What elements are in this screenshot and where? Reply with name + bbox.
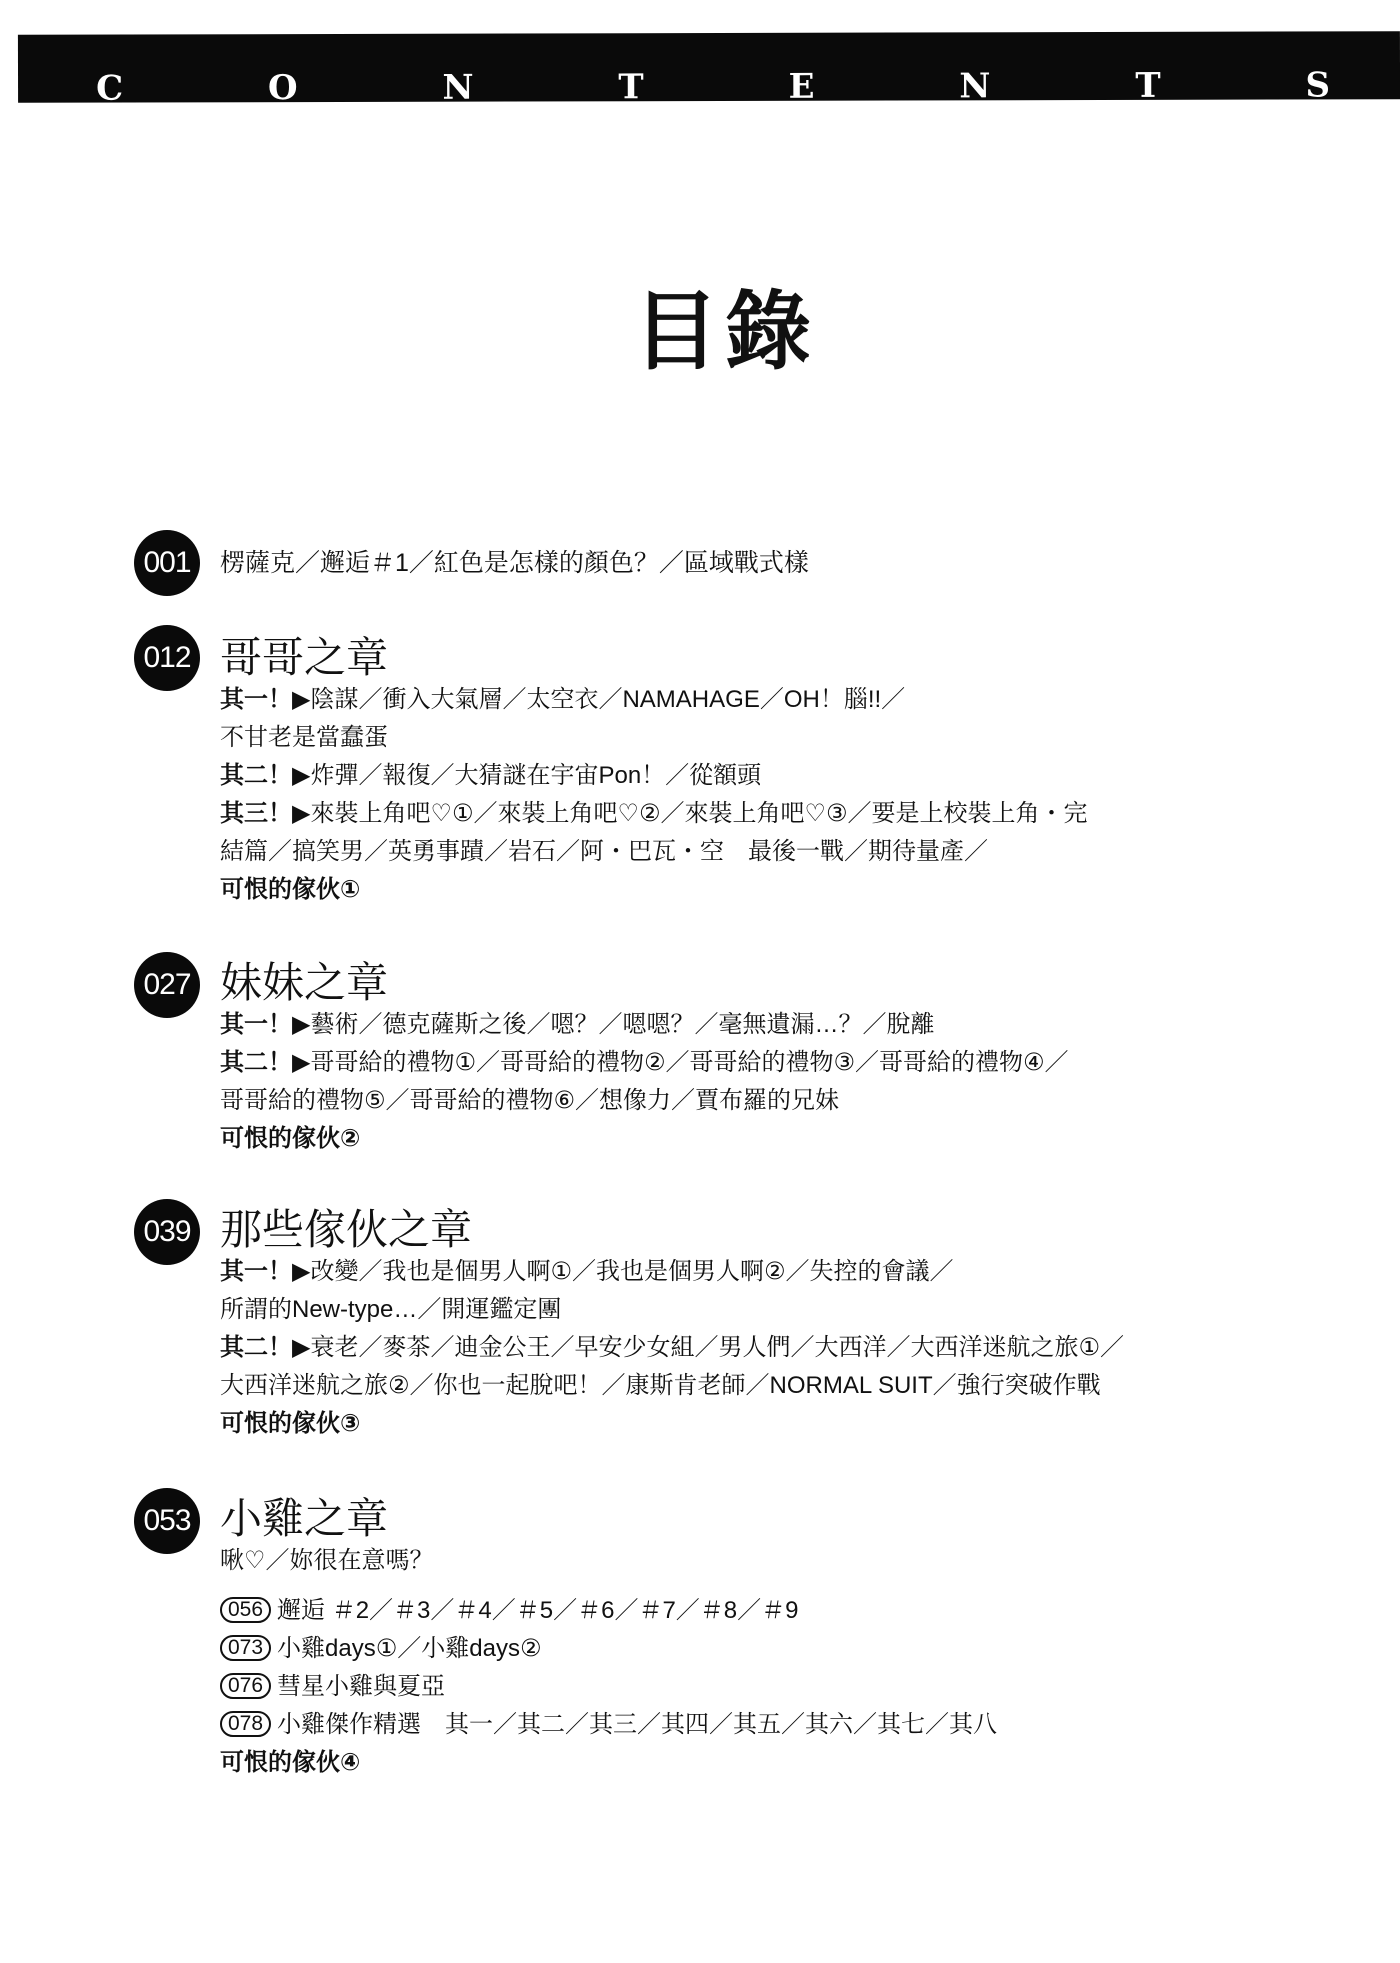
chapter-title: 妹妹之章: [220, 958, 388, 1008]
page-badge: 001: [134, 530, 200, 596]
entry-line: 不甘老是當蠢蛋: [220, 723, 388, 753]
banner-letter: N: [442, 68, 473, 108]
chapter-title: 哥哥之章: [220, 633, 388, 683]
entry-line: 啾♡／妳很在意嗎？: [220, 1546, 434, 1576]
page-badge: 012: [134, 625, 200, 691]
line-text: 彗星小雞與夏亞: [277, 1673, 445, 1700]
part-prefix: 其一！▶: [220, 1011, 310, 1038]
entry-line: 其一！▶藝術／德克薩斯之後／嗯？／嗯嗯？／毫無遺漏…？／脫離: [220, 1010, 934, 1040]
line-text: 炸彈／報復／大猜謎在宇宙Pon！／從額頭: [310, 762, 761, 789]
line-text: 改變／我也是個男人啊①／我也是個男人啊②／失控的會議／: [310, 1258, 953, 1285]
chapter-title: 小雞之章: [220, 1494, 388, 1544]
line-text: 哥哥給的禮物①／哥哥給的禮物②／哥哥給的禮物③／哥哥給的禮物④／: [310, 1049, 1068, 1076]
entry-line: 楞薩克／邂逅＃1／紅色是怎樣的顏色？／區域戰式樣: [220, 548, 809, 578]
entry-line-bold: 可恨的傢伙②: [220, 1124, 360, 1154]
line-text: 小雞days①／小雞days②: [277, 1635, 541, 1662]
entry-line: 所謂的New-type…／開運鑑定團: [220, 1295, 561, 1325]
page-badge: 027: [134, 952, 200, 1018]
part-prefix: 其二！▶: [220, 1049, 310, 1076]
part-prefix: 其三！▶: [220, 800, 310, 827]
part-prefix: 其二！▶: [220, 1334, 310, 1361]
banner-letter: C: [96, 69, 123, 109]
banner-letter: T: [1135, 66, 1160, 106]
line-text: 藝術／德克薩斯之後／嗯？／嗯嗯？／毫無遺漏…？／脫離: [310, 1011, 934, 1038]
banner-letter: E: [789, 67, 815, 107]
sub-entry-056: 056邂逅 ＃2／＃3／＃4／＃5／＃6／＃7／＃8／＃9: [220, 1596, 799, 1626]
banner-letter: T: [618, 67, 643, 107]
sub-entry-078: 078小雞傑作精選 其一／其二／其三／其四／其五／其六／其七／其八: [220, 1710, 997, 1740]
page-title: 目錄: [600, 282, 850, 382]
part-prefix: 其一！▶: [220, 1258, 310, 1285]
sub-entry-073: 073小雞days①／小雞days②: [220, 1634, 541, 1664]
entry-line: 其一！▶改變／我也是個男人啊①／我也是個男人啊②／失控的會議／: [220, 1257, 954, 1287]
entry-line: 其二！▶衰老／麥茶／迪金公王／早安少女組／男人們／大西洋／大西洋迷航之旅①／: [220, 1333, 1124, 1363]
entry-line: 其二！▶哥哥給的禮物①／哥哥給的禮物②／哥哥給的禮物③／哥哥給的禮物④／: [220, 1048, 1069, 1078]
entry-line: 其一！▶陰謀／衝入大氣層／太空衣／NAMAHAGE／OH！腦!!／: [220, 685, 905, 715]
page-badge: 053: [134, 1488, 200, 1554]
page-badge: 039: [134, 1199, 200, 1265]
line-text: 邂逅 ＃2／＃3／＃4／＃5／＃6／＃7／＃8／＃9: [277, 1597, 798, 1624]
banner-letter: S: [1305, 65, 1330, 105]
page-pill: 076: [220, 1673, 271, 1699]
part-prefix: 其一！▶: [220, 686, 310, 713]
chapter-title: 那些傢伙之章: [220, 1205, 472, 1255]
entry-line-bold: 可恨的傢伙④: [220, 1748, 360, 1778]
part-prefix: 其二！▶: [220, 762, 310, 789]
entry-line-bold: 可恨的傢伙③: [220, 1409, 360, 1439]
banner-letter: O: [268, 68, 298, 108]
entry-line: 其三！▶來裝上角吧♡①／來裝上角吧♡②／來裝上角吧♡③／要是上校裝上角・完: [220, 799, 1088, 829]
page-pill: 073: [220, 1635, 271, 1661]
entry-line: 其二！▶炸彈／報復／大猜謎在宇宙Pon！／從額頭: [220, 761, 761, 791]
page-pill: 078: [220, 1711, 271, 1737]
line-text: 衰老／麥茶／迪金公王／早安少女組／男人們／大西洋／大西洋迷航之旅①／: [310, 1334, 1124, 1361]
entry-line: 結篇／搞笑男／英勇事蹟／岩石／阿・巴瓦・空 最後一戰／期待量產／: [220, 837, 988, 867]
banner-letters: C O N T E N T S: [18, 65, 1400, 109]
page-pill: 056: [220, 1597, 271, 1623]
line-text: 小雞傑作精選 其一／其二／其三／其四／其五／其六／其七／其八: [277, 1711, 997, 1738]
line-text: 來裝上角吧♡①／來裝上角吧♡②／來裝上角吧♡③／要是上校裝上角・完: [310, 800, 1087, 827]
sub-entry-076: 076彗星小雞與夏亞: [220, 1672, 445, 1702]
line-text: 陰謀／衝入大氣層／太空衣／NAMAHAGE／OH！腦!!／: [310, 686, 905, 713]
entry-line-bold: 可恨的傢伙①: [220, 875, 360, 905]
entry-line: 大西洋迷航之旅②／你也一起脫吧！／康斯肯老師／NORMAL SUIT／強行突破作…: [220, 1371, 1101, 1401]
contents-banner: C O N T E N T S: [18, 31, 1400, 103]
entry-line: 哥哥給的禮物⑤／哥哥給的禮物⑥／想像力／賈布羅的兄妹: [220, 1086, 839, 1116]
banner-letter: N: [959, 66, 990, 106]
